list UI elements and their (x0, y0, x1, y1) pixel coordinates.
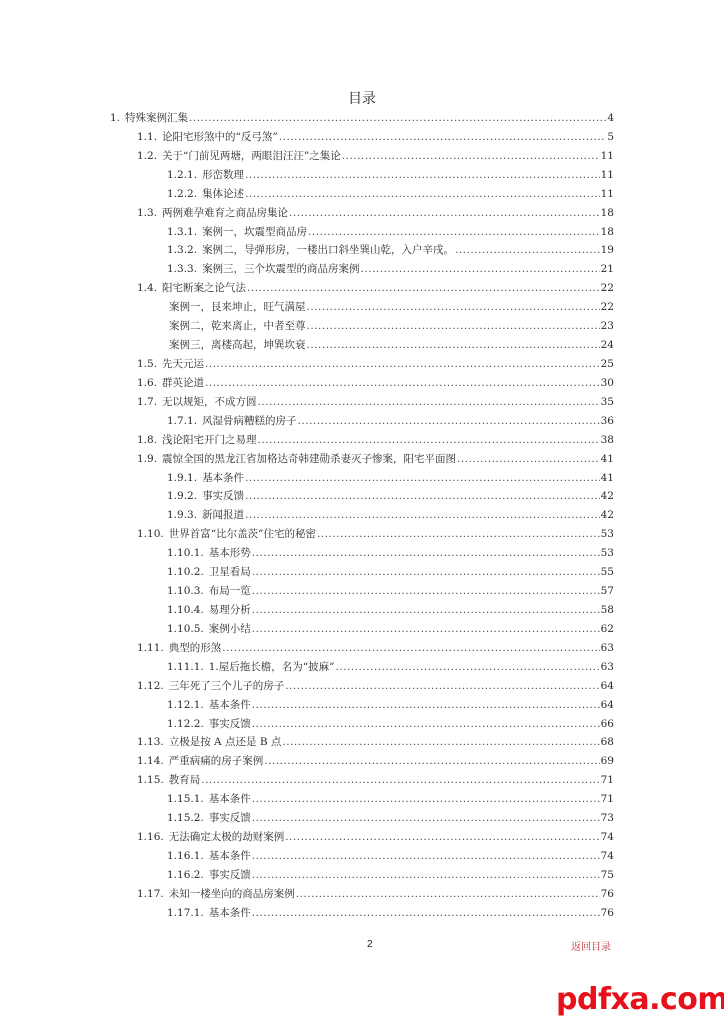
toc-entry-title: 三年死了三个儿子的房子 (169, 677, 285, 696)
dot-leader (252, 866, 600, 885)
toc-entry-number: 1.12. (137, 677, 164, 696)
toc-entry[interactable]: 1.9.1.基本条件41 (110, 469, 614, 488)
toc-entry-page: 71 (601, 790, 614, 809)
toc-entry-page: 11 (601, 147, 614, 166)
back-to-toc-link[interactable]: 返回目录 (571, 938, 611, 953)
toc-entry-number: 1.8. (137, 431, 157, 450)
dot-leader (247, 279, 600, 298)
toc-entry[interactable]: 1.15.2.事实反馈73 (110, 809, 614, 828)
dot-leader (258, 431, 600, 450)
toc-entry-title: 易理分析 (209, 601, 251, 620)
toc-entry-title: 两例难孕难育之商品房集论 (162, 204, 288, 223)
toc-entry[interactable]: 1.7.1.风湿骨病糟糕的房子36 (110, 412, 614, 431)
toc-entry-title: 基本条件 (209, 847, 251, 866)
dot-leader (252, 582, 600, 601)
toc-entry-page: 38 (601, 431, 614, 450)
dot-leader (361, 260, 600, 279)
dot-leader (296, 885, 600, 904)
toc-entry-page: 21 (601, 260, 614, 279)
toc-entry-number: 1.5. (137, 355, 157, 374)
toc-entry-title: 案例一，艮来坤止，旺气满屋 (169, 298, 306, 317)
toc-entry-title: 浅论阳宅开门之易理 (162, 431, 257, 450)
toc-entry-title: 案例三，离楼高起，坤巽坎衰 (169, 336, 306, 355)
toc-entry-number: 1.10.4. (167, 601, 204, 620)
dot-leader (457, 450, 600, 469)
toc-entry-title: 典型的形煞 (169, 639, 222, 658)
dot-leader (252, 715, 600, 734)
toc-entry-page: 18 (601, 204, 614, 223)
dot-leader (245, 487, 600, 506)
dot-leader (252, 601, 600, 620)
toc-entry-title: 世界首富“比尔盖茨”住宅的秘密 (169, 525, 316, 544)
toc-entry-number: 1.17. (137, 885, 164, 904)
toc-entry[interactable]: 1.14.严重病痛的房子案例69 (110, 752, 614, 771)
toc-title: 目录 (0, 88, 724, 108)
dot-leader (342, 147, 600, 166)
dot-leader (455, 241, 600, 260)
toc-entry-title: 1.屋后拖长檐，名为“披麻” (209, 658, 335, 677)
toc-entry-number: 1.2.1. (167, 166, 197, 185)
toc-entry[interactable]: 1.16.1.基本条件74 (110, 847, 614, 866)
dot-leader (307, 298, 600, 317)
toc-entry-page: 69 (601, 752, 614, 771)
toc-entry-title: 阳宅断案之论气法 (162, 279, 246, 298)
toc-entry-page: 68 (601, 733, 614, 752)
toc-entry-title: 事实反馈 (209, 866, 251, 885)
toc-entry-page: 23 (601, 317, 614, 336)
toc-entry-page: 55 (601, 563, 614, 582)
dot-leader (252, 790, 600, 809)
dot-leader (222, 639, 599, 658)
dot-leader (279, 128, 607, 147)
dot-leader (205, 355, 600, 374)
toc-entry[interactable]: 1.4.阳宅断案之论气法22 (110, 279, 614, 298)
toc-entry[interactable]: 1.8.浅论阳宅开门之易理38 (110, 431, 614, 450)
toc-entry-title: 关于“门前见两塘，两眼泪汪汪”之集论 (162, 147, 341, 166)
toc-entry-title: 未知一楼坐向的商品房案例 (169, 885, 295, 904)
toc-entry-title: 立极是按 A 点还是 B 点 (169, 733, 282, 752)
toc-entry-number: 1.11.1. (167, 658, 204, 677)
dot-leader (307, 336, 600, 355)
toc-entry-page: 42 (601, 506, 614, 525)
toc-entry[interactable]: 1.17.1.基本条件76 (110, 904, 614, 923)
toc-entry[interactable]: 1.11.典型的形煞63 (110, 639, 614, 658)
toc-entry-page: 64 (601, 677, 614, 696)
dot-leader (201, 771, 599, 790)
toc-entry[interactable]: 1.6.群英论道30 (110, 374, 614, 393)
dot-leader (298, 412, 600, 431)
toc-entry-page: 53 (601, 544, 614, 563)
toc-entry-title: 新闻报道 (202, 506, 244, 525)
dot-leader (245, 166, 600, 185)
toc-entry-number: 1.10.3. (167, 582, 204, 601)
toc-entry[interactable]: 1.9.2.事实反馈42 (110, 487, 614, 506)
toc-entry-page: 11 (601, 185, 614, 204)
toc-entry-number: 1.10.2. (167, 563, 204, 582)
toc-entry[interactable]: 1.17.未知一楼坐向的商品房案例76 (110, 885, 614, 904)
toc-entry-title: 集体论述 (202, 185, 244, 204)
dot-leader (252, 809, 600, 828)
toc-entry[interactable]: 1.3.1.案例一，坎震型商品房18 (110, 223, 614, 242)
toc-entry-title: 基本条件 (209, 790, 251, 809)
toc-entry-number: 1.9.2. (167, 487, 197, 506)
toc-entry-title: 案例一，坎震型商品房 (202, 223, 307, 242)
toc-entry[interactable]: 1.13.立极是按 A 点还是 B 点68 (110, 733, 614, 752)
toc-entry-number: 1.10.1. (167, 544, 204, 563)
toc-entry-title: 特殊案例汇集 (125, 109, 188, 128)
toc-entry-title: 案例三，三个坎震型的商品房案例 (202, 260, 360, 279)
toc-entry-page: 73 (601, 809, 614, 828)
toc-entry-number: 1.11. (137, 639, 164, 658)
toc-entry-page: 4 (607, 109, 614, 128)
toc-entry[interactable]: 1.10.世界首富“比尔盖茨”住宅的秘密53 (110, 525, 614, 544)
table-of-contents: 1.特殊案例汇集41.1.论阳宅形煞中的“反弓煞”51.2.关于“门前见两塘，两… (110, 109, 614, 923)
toc-entry[interactable]: 1.9.3.新闻报道42 (110, 506, 614, 525)
toc-entry[interactable]: 1.2.关于“门前见两塘，两眼泪汪汪”之集论11 (110, 147, 614, 166)
toc-entry[interactable]: 1.10.2.卫星看局55 (110, 563, 614, 582)
toc-entry-number: 1.14. (137, 752, 164, 771)
dot-leader (252, 620, 600, 639)
toc-entry-title: 群英论道 (162, 374, 204, 393)
toc-entry-title: 卫星看局 (209, 563, 251, 582)
toc-entry-title: 论阳宅形煞中的“反弓煞” (162, 128, 278, 147)
dot-leader (282, 733, 599, 752)
dot-leader (252, 563, 600, 582)
toc-entry[interactable]: 案例二，乾来离止，中者至尊23 (110, 317, 614, 336)
toc-entry-page: 19 (601, 241, 614, 260)
toc-entry-page: 53 (601, 525, 614, 544)
toc-entry-page: 74 (601, 828, 614, 847)
toc-entry-number: 1.16. (137, 828, 164, 847)
page-number: 2 (367, 939, 373, 950)
toc-entry-page: 18 (601, 223, 614, 242)
toc-entry[interactable]: 1.2.2.集体论述11 (110, 185, 614, 204)
toc-entry-page: 30 (601, 374, 614, 393)
toc-entry-page: 5 (607, 128, 614, 147)
toc-entry-number: 1.3.2. (167, 241, 197, 260)
watermark-logo: pdfxa.com (556, 982, 724, 1017)
toc-entry-page: 63 (601, 639, 614, 658)
dot-leader (252, 904, 600, 923)
toc-entry-page: 11 (601, 166, 614, 185)
dot-leader (258, 393, 600, 412)
toc-entry[interactable]: 1.15.1.基本条件71 (110, 790, 614, 809)
toc-entry-number: 1.13. (137, 733, 164, 752)
toc-entry-title: 基本条件 (209, 696, 251, 715)
toc-entry-title: 形峦数理 (202, 166, 244, 185)
toc-entry[interactable]: 1.10.4.易理分析58 (110, 601, 614, 620)
toc-entry-title: 事实反馈 (202, 487, 244, 506)
toc-entry-number: 1.2.2. (167, 185, 197, 204)
toc-entry-number: 1.15.1. (167, 790, 204, 809)
toc-entry-number: 1.7. (137, 393, 157, 412)
toc-entry[interactable]: 1.15.教育局71 (110, 771, 614, 790)
toc-entry[interactable]: 1.10.3.布局一览57 (110, 582, 614, 601)
toc-entry-title: 严重病痛的房子案例 (169, 752, 264, 771)
toc-entry-page: 76 (601, 885, 614, 904)
toc-entry-number: 1.9.3. (167, 506, 197, 525)
toc-entry-page: 75 (601, 866, 614, 885)
toc-entry-page: 24 (601, 336, 614, 355)
toc-entry-number: 1.12.2. (167, 715, 204, 734)
toc-entry-title: 教育局 (169, 771, 201, 790)
dot-leader (285, 677, 599, 696)
toc-entry[interactable]: 1.16.2.事实反馈75 (110, 866, 614, 885)
toc-entry-page: 63 (601, 658, 614, 677)
toc-entry-title: 基本条件 (202, 469, 244, 488)
toc-entry[interactable]: 案例三，离楼高起，坤巽坎衰24 (110, 336, 614, 355)
dot-leader (245, 506, 600, 525)
toc-entry-title: 无以规矩，不成方圆 (162, 393, 257, 412)
toc-entry-page: 57 (601, 582, 614, 601)
toc-entry[interactable]: 1.10.5.案例小结62 (110, 620, 614, 639)
toc-entry-number: 1.15. (137, 771, 164, 790)
toc-entry-number: 1.3.3. (167, 260, 197, 279)
toc-entry[interactable]: 1.7.无以规矩，不成方圆35 (110, 393, 614, 412)
toc-entry-number: 1.7.1. (167, 412, 197, 431)
toc-entry-title: 先天元运 (162, 355, 204, 374)
toc-entry-number: 1.1. (137, 128, 157, 147)
toc-entry-title: 事实反馈 (209, 715, 251, 734)
dot-leader (285, 828, 599, 847)
toc-entry-page: 42 (601, 487, 614, 506)
dot-leader (252, 544, 600, 563)
toc-entry[interactable]: 1.1.论阳宅形煞中的“反弓煞”5 (110, 128, 614, 147)
toc-entry-title: 布局一览 (209, 582, 251, 601)
toc-entry-page: 64 (601, 696, 614, 715)
toc-entry-page: 36 (601, 412, 614, 431)
toc-entry-page: 25 (601, 355, 614, 374)
toc-entry-number: 1.16.2. (167, 866, 204, 885)
toc-entry-number: 1.10. (137, 525, 164, 544)
dot-leader (252, 696, 600, 715)
toc-entry-number: 1.12.1. (167, 696, 204, 715)
toc-entry[interactable]: 1.5.先天元运25 (110, 355, 614, 374)
toc-entry-number: 1.9. (137, 450, 157, 469)
toc-entry-page: 41 (601, 469, 614, 488)
dot-leader (245, 185, 600, 204)
toc-entry-title: 震惊全国的黑龙江省加格达奇韩建勋杀妻灭子惨案，阳宅平面图 (162, 450, 456, 469)
toc-entry-page: 58 (601, 601, 614, 620)
dot-leader (317, 525, 600, 544)
toc-entry-number: 1.4. (137, 279, 157, 298)
toc-entry-number: 1.16.1. (167, 847, 204, 866)
toc-entry-number: 1.17.1. (167, 904, 204, 923)
toc-entry-page: 74 (601, 847, 614, 866)
toc-entry-title: 案例小结 (209, 620, 251, 639)
toc-entry-page: 41 (601, 450, 614, 469)
toc-entry-number: 1.2. (137, 147, 157, 166)
dot-leader (245, 469, 600, 488)
dot-leader (289, 204, 600, 223)
toc-entry-number: 1.6. (137, 374, 157, 393)
dot-leader (189, 109, 606, 128)
toc-entry-number: 1. (110, 109, 120, 128)
toc-entry[interactable]: 1.16.无法确定太极的劫财案例74 (110, 828, 614, 847)
toc-entry-number: 1.15.2. (167, 809, 204, 828)
toc-entry-title: 基本条件 (209, 904, 251, 923)
toc-entry-title: 风湿骨病糟糕的房子 (202, 412, 297, 431)
toc-entry-number: 1.3.1. (167, 223, 197, 242)
dot-leader (307, 317, 600, 336)
dot-leader (252, 847, 600, 866)
toc-entry[interactable]: 1.11.1.1.屋后拖长檐，名为“披麻”63 (110, 658, 614, 677)
toc-entry[interactable]: 1.3.2.案例二，导弹形房，一楼出口斜坐巽山乾，入户辛戌。19 (110, 241, 614, 260)
toc-entry[interactable]: 1.12.1.基本条件64 (110, 696, 614, 715)
dot-leader (264, 752, 599, 771)
toc-entry-title: 基本形势 (209, 544, 251, 563)
toc-entry-page: 76 (601, 904, 614, 923)
toc-entry[interactable]: 1.10.1.基本形势53 (110, 544, 614, 563)
toc-entry-title: 案例二，乾来离止，中者至尊 (169, 317, 306, 336)
document-page: 目录 1.特殊案例汇集41.1.论阳宅形煞中的“反弓煞”51.2.关于“门前见两… (0, 0, 724, 1024)
toc-entry-page: 71 (601, 771, 614, 790)
toc-entry[interactable]: 1.3.3.案例三，三个坎震型的商品房案例21 (110, 260, 614, 279)
toc-entry-page: 22 (601, 279, 614, 298)
dot-leader (205, 374, 600, 393)
toc-entry-page: 62 (601, 620, 614, 639)
toc-entry-page: 35 (601, 393, 614, 412)
toc-entry[interactable]: 1.2.1.形峦数理11 (110, 166, 614, 185)
toc-entry[interactable]: 1.9.震惊全国的黑龙江省加格达奇韩建勋杀妻灭子惨案，阳宅平面图41 (110, 450, 614, 469)
toc-entry[interactable]: 1.12.三年死了三个儿子的房子64 (110, 677, 614, 696)
toc-entry[interactable]: 案例一，艮来坤止，旺气满屋22 (110, 298, 614, 317)
toc-entry-title: 事实反馈 (209, 809, 251, 828)
toc-entry-title: 案例二，导弹形房，一楼出口斜坐巽山乾，入户辛戌。 (202, 241, 454, 260)
toc-entry-title: 无法确定太极的劫财案例 (169, 828, 285, 847)
dot-leader (308, 223, 600, 242)
toc-entry[interactable]: 1.特殊案例汇集4 (110, 109, 614, 128)
toc-entry-page: 66 (601, 715, 614, 734)
toc-entry[interactable]: 1.12.2.事实反馈66 (110, 715, 614, 734)
toc-entry-number: 1.10.5. (167, 620, 204, 639)
toc-entry[interactable]: 1.3.两例难孕难育之商品房集论18 (110, 204, 614, 223)
dot-leader (336, 658, 600, 677)
toc-entry-page: 22 (601, 298, 614, 317)
toc-entry-number: 1.9.1. (167, 469, 197, 488)
toc-entry-number: 1.3. (137, 204, 157, 223)
